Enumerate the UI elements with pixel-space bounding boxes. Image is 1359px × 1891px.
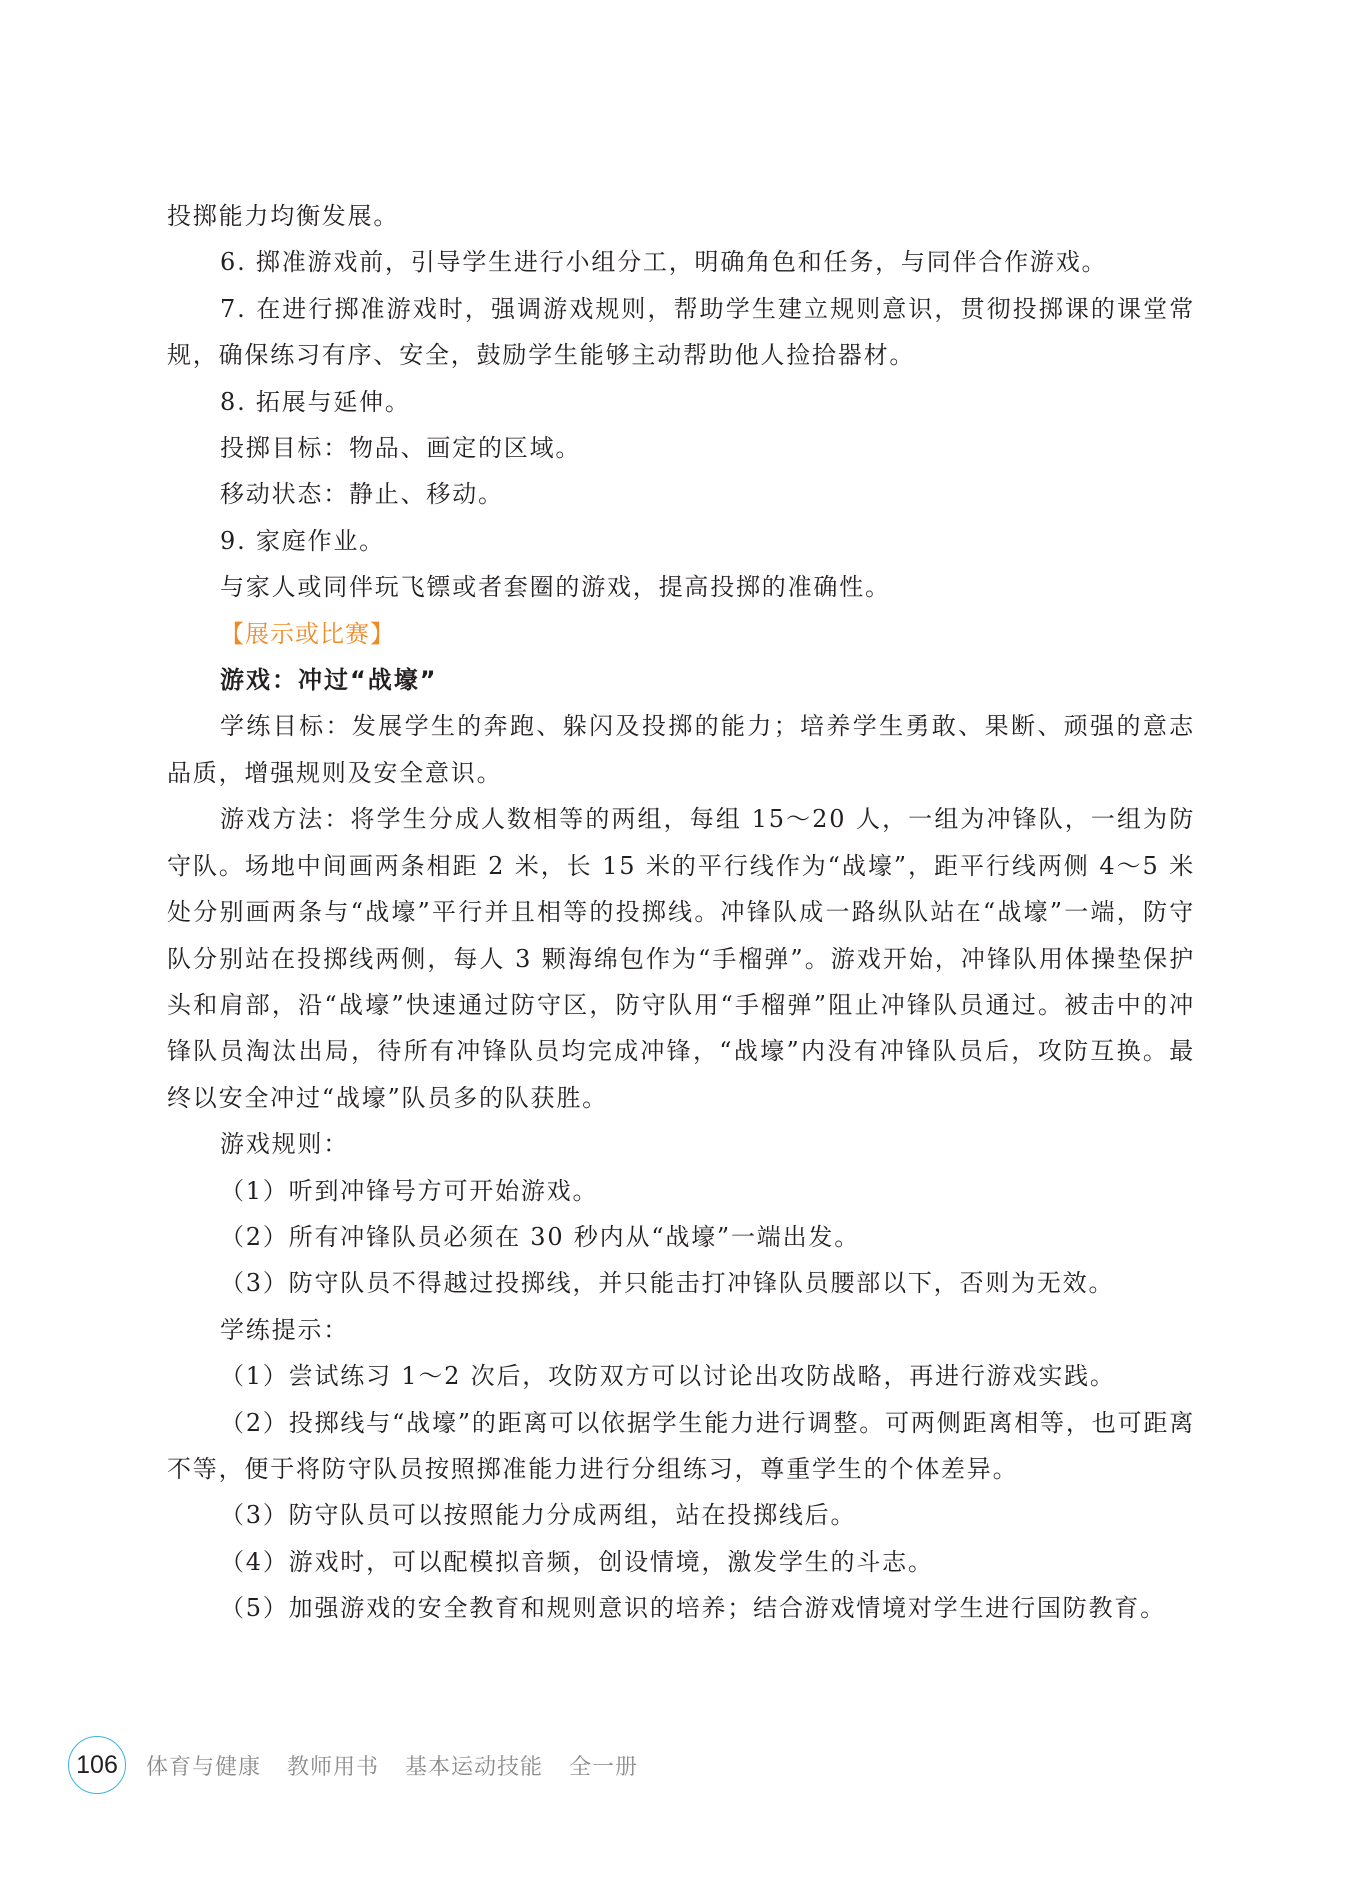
paragraph-item-9: 9. 家庭作业。 bbox=[167, 518, 1195, 564]
paragraph-method: 游戏方法：将学生分成人数相等的两组，每组 15～20 人，一组为冲锋队，一组为防… bbox=[167, 796, 1195, 1121]
book-title-part: 教师用书 bbox=[287, 1750, 379, 1781]
page-number: 106 bbox=[76, 1751, 118, 1780]
rules-label: 游戏规则： bbox=[167, 1121, 1195, 1167]
tip-item: （3）防守队员可以按照能力分成两组，站在投掷线后。 bbox=[167, 1492, 1195, 1538]
tip-item: （2）投掷线与“战壕”的距离可以依据学生能力进行调整。可两侧距离相等，也可距离不… bbox=[167, 1400, 1195, 1493]
game-title: 游戏：冲过“战壕” bbox=[167, 657, 1195, 703]
paragraph-item-7: 7. 在进行掷准游戏时，强调游戏规则，帮助学生建立规则意识，贯彻投掷课的课堂常规… bbox=[167, 286, 1195, 379]
page-body: 投掷能力均衡发展。 6. 掷准游戏前，引导学生进行小组分工，明确角色和任务，与同… bbox=[167, 193, 1195, 1632]
paragraph-item-6: 6. 掷准游戏前，引导学生进行小组分工，明确角色和任务，与同伴合作游戏。 bbox=[167, 239, 1195, 285]
book-title: 体育与健康 教师用书 基本运动技能 全一册 bbox=[146, 1750, 638, 1781]
paragraph-targets: 投掷目标：物品、画定的区域。 bbox=[167, 425, 1195, 471]
paragraph-goal: 学练目标：发展学生的奔跑、躲闪及投掷的能力；培养学生勇敢、果断、顽强的意志品质，… bbox=[167, 703, 1195, 796]
book-title-part: 全一册 bbox=[569, 1750, 638, 1781]
tip-item: （5）加强游戏的安全教育和规则意识的培养；结合游戏情境对学生进行国防教育。 bbox=[167, 1585, 1195, 1631]
tip-item: （4）游戏时，可以配模拟音频，创设情境，激发学生的斗志。 bbox=[167, 1539, 1195, 1585]
book-title-part: 基本运动技能 bbox=[405, 1750, 543, 1781]
rule-item: （1）听到冲锋号方可开始游戏。 bbox=[167, 1168, 1195, 1214]
tips-label: 学练提示： bbox=[167, 1307, 1195, 1353]
page-footer: 106 体育与健康 教师用书 基本运动技能 全一册 bbox=[68, 1735, 638, 1795]
book-title-part: 体育与健康 bbox=[146, 1750, 261, 1781]
tip-item: （1）尝试练习 1～2 次后，攻防双方可以讨论出攻防战略，再进行游戏实践。 bbox=[167, 1353, 1195, 1399]
section-heading: 【展示或比赛】 bbox=[167, 611, 1195, 657]
page-number-badge: 106 bbox=[68, 1736, 126, 1794]
paragraph-homework: 与家人或同伴玩飞镖或者套圈的游戏，提高投掷的准确性。 bbox=[167, 564, 1195, 610]
paragraph-continuation: 投掷能力均衡发展。 bbox=[167, 193, 1195, 239]
paragraph-movement: 移动状态：静止、移动。 bbox=[167, 471, 1195, 517]
paragraph-item-8: 8. 拓展与延伸。 bbox=[167, 379, 1195, 425]
rule-item: （2）所有冲锋队员必须在 30 秒内从“战壕”一端出发。 bbox=[167, 1214, 1195, 1260]
rule-item: （3）防守队员不得越过投掷线，并只能击打冲锋队员腰部以下，否则为无效。 bbox=[167, 1260, 1195, 1306]
